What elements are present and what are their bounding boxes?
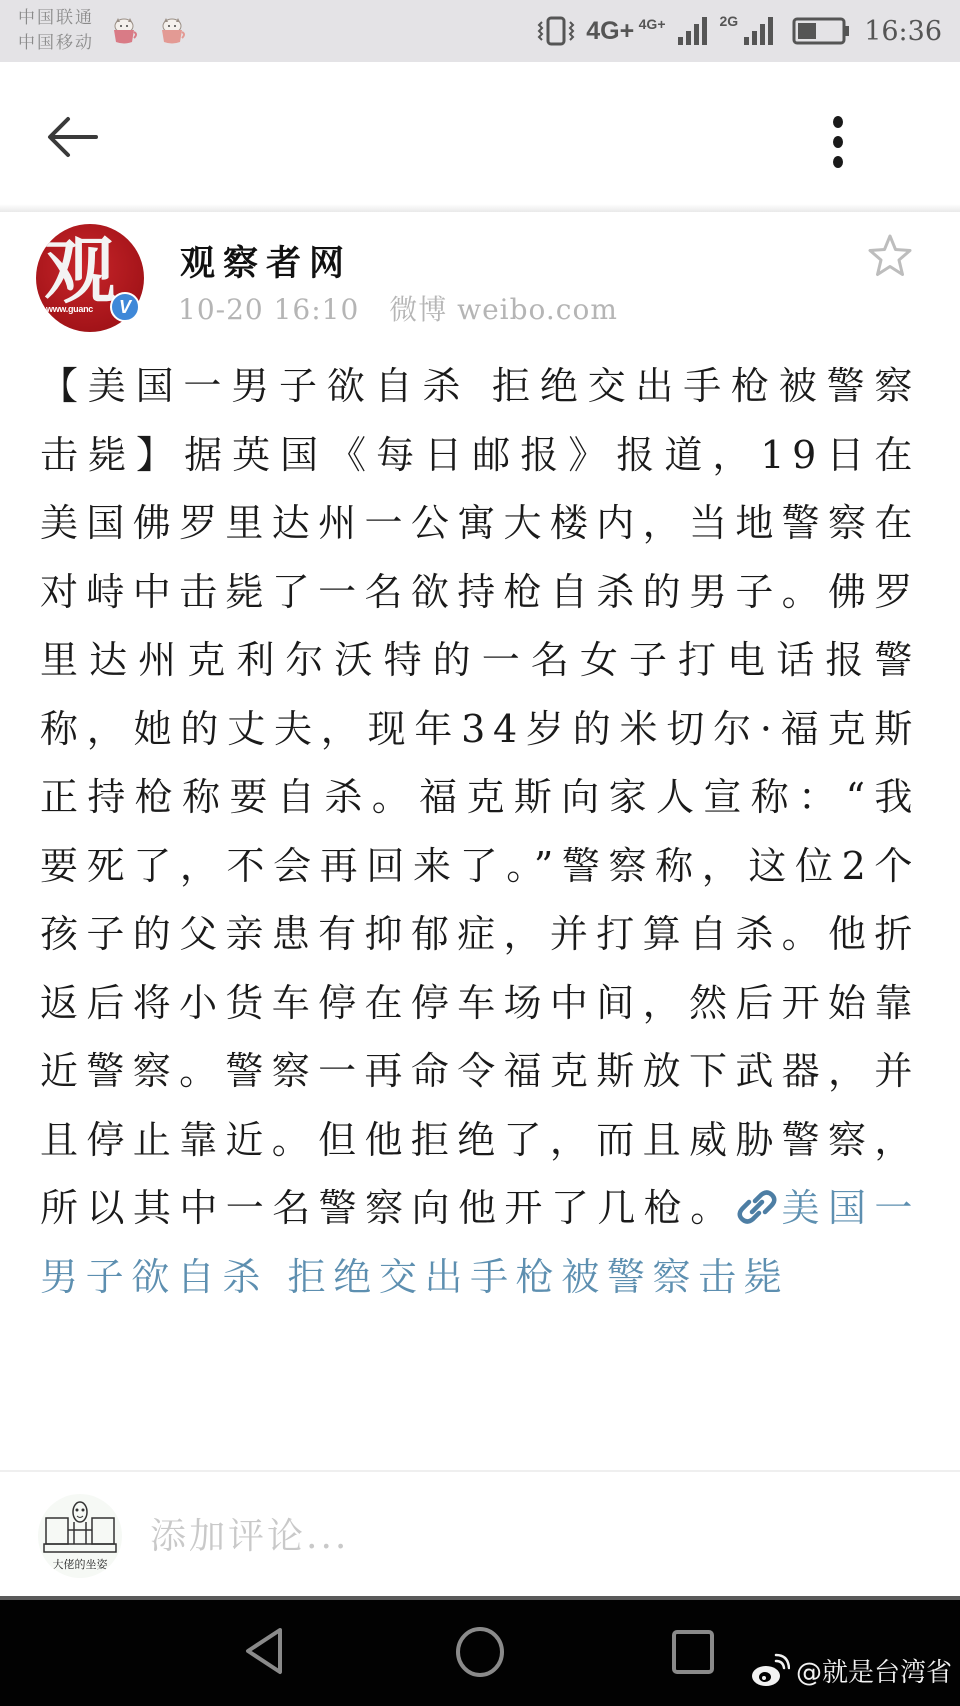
battery-icon xyxy=(792,17,850,45)
back-button[interactable] xyxy=(40,112,104,162)
more-vertical-icon xyxy=(833,116,843,128)
nav-recents-square-icon[interactable] xyxy=(670,1628,716,1676)
post-header: 观 www.guanc V 观察者网 10-20 16:10 微博 weibo.… xyxy=(0,212,960,337)
watermark: @就是台湾省 xyxy=(750,1652,952,1689)
network-type-sim2: 2G xyxy=(720,13,739,29)
comment-input[interactable] xyxy=(150,1506,910,1566)
cat-in-cup-icon xyxy=(158,16,186,46)
vibrate-icon xyxy=(536,14,576,48)
carrier-labels: 中国联通 中国移动 xyxy=(18,6,94,56)
status-bar: 中国联通 中国移动 4G+ 4G+ 2G xyxy=(0,0,960,62)
clock: 16:36 xyxy=(864,16,942,47)
post-source: 微博 weibo.com xyxy=(389,293,618,326)
avatar-logo-char: 观 xyxy=(44,226,112,316)
user-avatar[interactable]: 大佬的坐姿 xyxy=(38,1494,122,1578)
signal-strength-sim1-icon xyxy=(676,15,710,47)
nav-back-triangle-icon[interactable] xyxy=(242,1626,288,1676)
meme-avatar-image xyxy=(38,1494,122,1558)
system-nav-bar: @就是台湾省 xyxy=(0,1600,960,1706)
post-timestamp: 10-20 16:10 xyxy=(178,293,359,326)
comment-bar: 大佬的坐姿 xyxy=(0,1470,960,1600)
star-outline-icon[interactable] xyxy=(866,232,914,280)
avatar-url-text: www.guanc xyxy=(46,304,93,314)
arrow-left-icon xyxy=(44,115,100,159)
post-body-text: 【美国一男子欲自杀 拒绝交出手枪被警察击毙】据英国《每日邮报》报道，19日在美国… xyxy=(40,364,920,1230)
weibo-logo-icon xyxy=(750,1653,790,1689)
post-body: 【美国一男子欲自杀 拒绝交出手枪被警察击毙】据英国《每日邮报》报道，19日在美国… xyxy=(40,352,920,1311)
post-meta: 10-20 16:10 微博 weibo.com xyxy=(178,288,638,328)
nav-home-circle-icon[interactable] xyxy=(454,1626,506,1678)
network-type: 4G+ 4G+ xyxy=(586,17,665,46)
link-icon xyxy=(737,1187,777,1227)
user-avatar-caption: 大佬的坐姿 xyxy=(38,1556,122,1572)
more-dot xyxy=(833,156,843,168)
signal-strength-sim2-icon xyxy=(742,15,776,47)
more-dot xyxy=(833,136,843,148)
author-name[interactable]: 观察者网 xyxy=(180,236,352,286)
app-bar xyxy=(0,62,960,212)
verified-badge: V xyxy=(110,292,140,322)
status-indicators: 4G+ 4G+ 2G 16:36 xyxy=(536,0,942,62)
more-options-button[interactable] xyxy=(828,112,848,172)
watermark-text: @就是台湾省 xyxy=(796,1652,952,1689)
carrier-2: 中国移动 xyxy=(18,31,94,56)
cat-in-cup-icon xyxy=(110,16,138,46)
carrier-1: 中国联通 xyxy=(18,6,94,31)
